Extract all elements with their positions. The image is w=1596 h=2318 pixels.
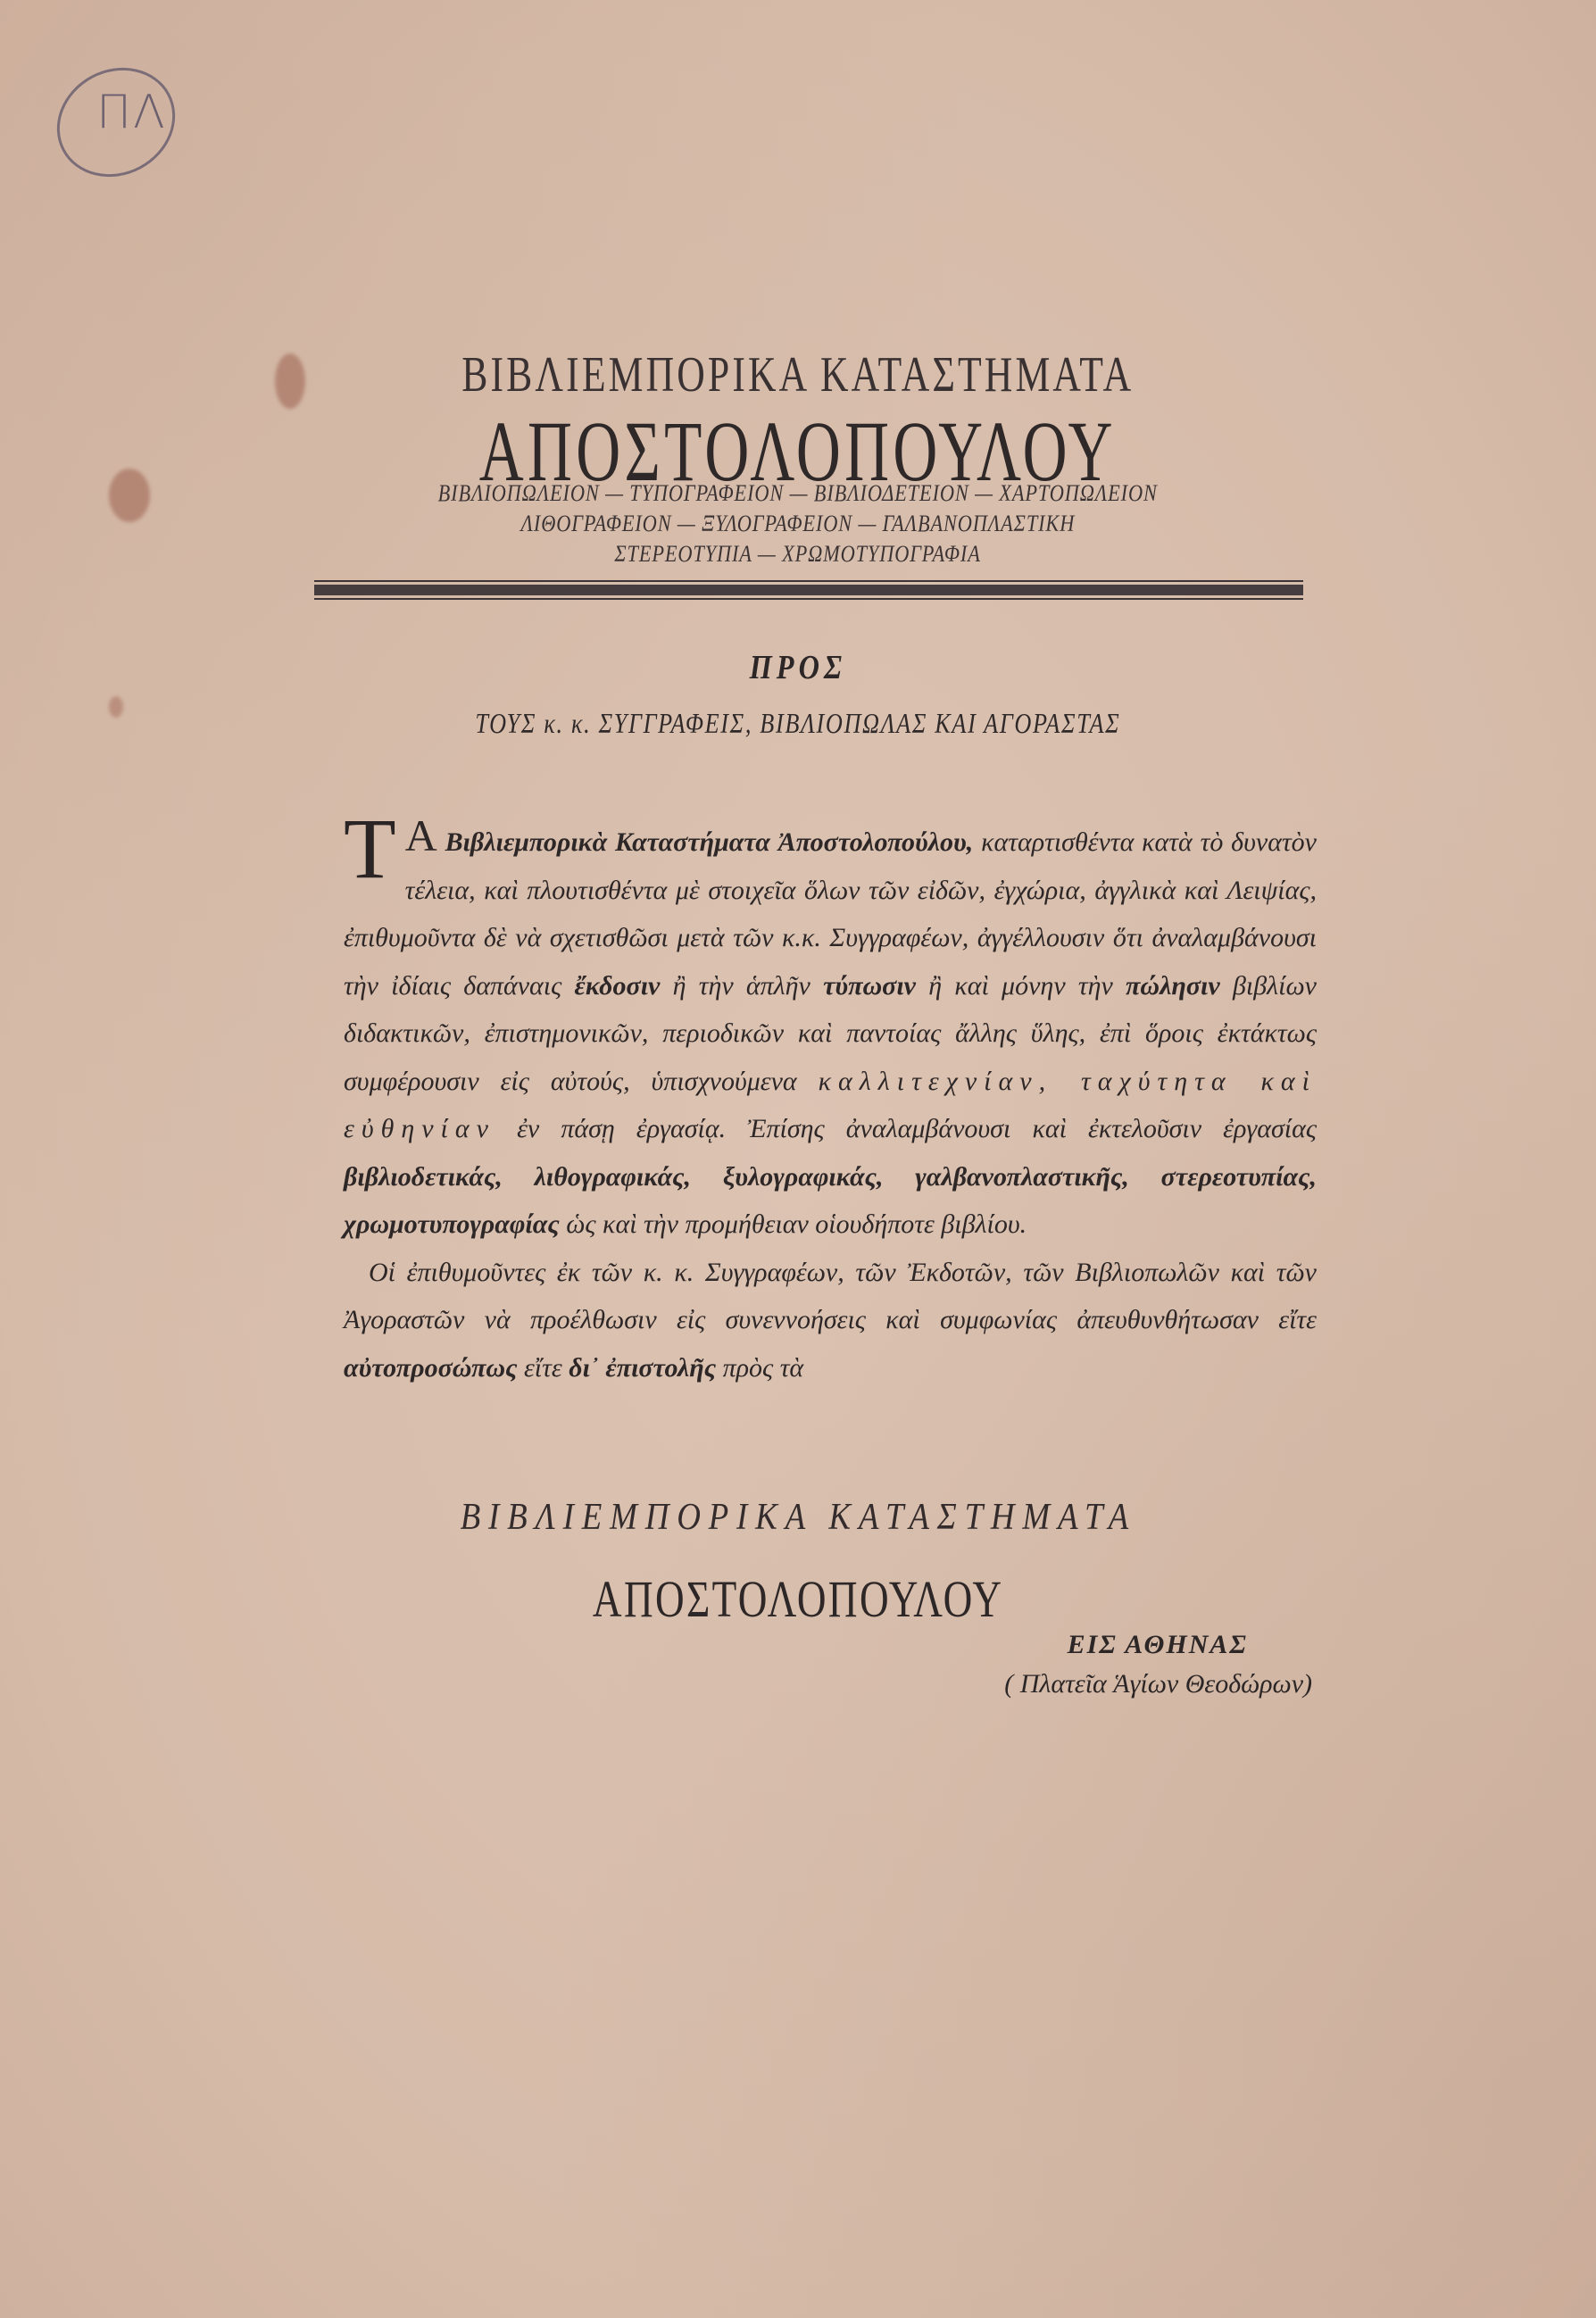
drop-cap-second-letter: Α <box>405 810 437 860</box>
closing-company-name: ΑΠΟΣΤΟΛΟΠΟΥΛΟΥ <box>0 1569 1596 1629</box>
salutation-recipients: ΤΟΥΣ κ. κ. ΣΥΓΓΡΑΦΕΙΣ, ΒΙΒΛΙΟΠΩΛΑΣ ΚΑΙ Α… <box>0 707 1596 740</box>
closing-company-title: ΒΙΒΛΙΕΜΠΟΡΙΚΑ ΚΑΤΑΣΤΗΜΑΤΑ <box>0 1496 1596 1539</box>
rule-thin-top <box>314 580 1303 582</box>
letterhead-services-3: ΣΤΕΡΕΟΤΥΠΙΑ — ΧΡΩΜΟΤΥΠΟΓΡΑΦΙΑ <box>0 541 1596 568</box>
document-page: ΠΛ ΒΙΒΛΙΕΜΠΟΡΙΚΑ ΚΑΤΑΣΤΗΜΑΤΑ ΑΠΟΣΤΟΛΟΠΟΥ… <box>0 0 1596 2318</box>
paragraph-2: Οἱ ἐπιθυμοῦντες ἐκ τῶν κ. κ. Συγγραφέων,… <box>344 1249 1317 1392</box>
paragraph-1: ΤΑ Βιβλιεμπορικὰ Καταστήματα Ἀποστολοπού… <box>344 812 1317 1249</box>
salutation-pros: ΠΡΟΣ <box>0 648 1596 687</box>
closing-location: ( Πλατεῖα Ἁγίων Θεοδώρων) <box>1004 1669 1312 1699</box>
pencil-annotation-text: ΠΛ <box>96 86 167 139</box>
letter-body: ΤΑ Βιβλιεμπορικὰ Καταστήματα Ἀποστολοπού… <box>344 812 1317 1392</box>
letterhead-services-1: ΒΙΒΛΙΟΠΩΛΕΙΟΝ — ΤΥΠΟΓΡΑΦΕΙΟΝ — ΒΙΒΛΙΟΔΕΤ… <box>0 480 1596 507</box>
drop-cap: Τ <box>344 818 396 880</box>
letterhead-rule <box>314 580 1303 600</box>
letterhead-services-2: ΛΙΘΟΓΡΑΦΕΙΟΝ — ΞΥΛΟΓΡΑΦΕΙΟΝ — ΓΑΛΒΑΝΟΠΛΑ… <box>0 511 1596 537</box>
rule-thin-bottom <box>314 598 1303 600</box>
closing-city: ΕΙΣ ΑΘΗΝΑΣ <box>1068 1630 1248 1660</box>
letterhead-title: ΒΙΒΛΙΕΜΠΟΡΙΚΑ ΚΑΤΑΣΤΗΜΑΤΑ <box>0 346 1596 403</box>
rule-thick <box>314 585 1303 595</box>
